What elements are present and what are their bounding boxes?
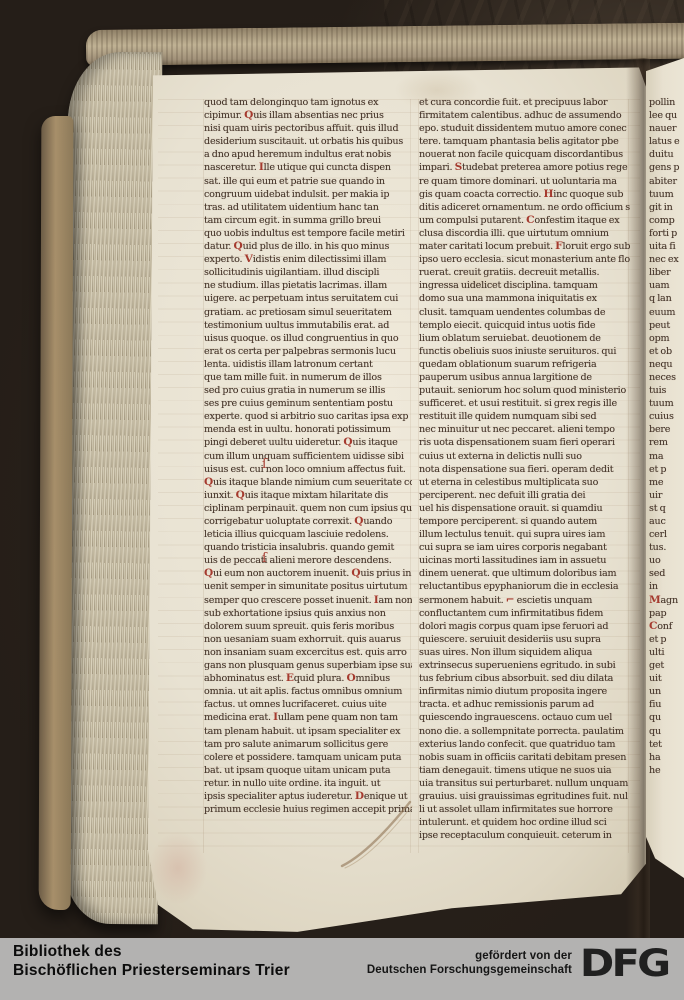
manuscript-line: git in <box>649 201 684 214</box>
manuscript-line: ses pre cuius geminum sententiam postu <box>204 397 412 410</box>
manuscript-line: non uesaniam suam exhorruit. quis auarus <box>204 633 412 646</box>
book-cover-edge <box>39 116 74 910</box>
manuscript-line: putauit. seniorum hoc solum quod ministe… <box>419 384 630 397</box>
manuscript-line: experte. quod si arbitrio suo caritas ip… <box>204 410 412 423</box>
manuscript-line: abhominatus est. Equid plura. Omnibus <box>204 672 412 685</box>
manuscript-line: exterius lando confecit. que quatriduo t… <box>419 738 630 751</box>
manuscript-line: ne studium. illas pietatis lacrimas. ill… <box>204 279 412 292</box>
manuscript-line: li ut assolet ullam infirmitates sue hor… <box>419 803 630 816</box>
manuscript-photo: quod tam delonginquo tam ignotus excipim… <box>0 0 684 938</box>
manuscript-line: abiter <box>649 175 684 188</box>
manuscript-line: tiam denegauit. timens utique ne suos ui… <box>419 764 630 777</box>
manuscript-line: tam plenam habuit. ut ipsam specialiter … <box>204 725 412 738</box>
manuscript-line: quiescendo ingrauescens. octauo cum uel <box>419 711 630 724</box>
manuscript-line: uir <box>649 489 684 502</box>
manuscript-line: tus. <box>649 541 684 554</box>
manuscript-line: Conf <box>649 620 684 633</box>
manuscript-line: sed <box>649 567 684 580</box>
manuscript-line: cum illum unquam sufficientem uidisse si… <box>204 450 412 463</box>
book-head-edge <box>86 23 684 66</box>
rubric-margin-mark: ſ <box>262 458 267 471</box>
manuscript-line: gratiam. ac pretiosam simul seueritatem <box>204 306 412 319</box>
column-b: et cura concordie fuit. et precipuus lab… <box>419 96 630 842</box>
manuscript-line: opm <box>649 332 684 345</box>
manuscript-line: tere. tamquam phantasia belis agitator p… <box>419 135 630 148</box>
manuscript-line: functis obeliuis suos iniuste seruituros… <box>419 345 630 358</box>
manuscript-line: sufficeret. et usui restituit. si grex r… <box>419 397 630 410</box>
manuscript-line: a dno apud heremum indultus erat nobis <box>204 148 412 161</box>
manuscript-line: tempore perciperent. si quando autem <box>419 515 630 528</box>
manuscript-line: bere <box>649 423 684 436</box>
manuscript-line: uo <box>649 554 684 567</box>
manuscript-line: Qui eum non auctorem inuenit. Quis prius… <box>204 567 412 580</box>
manuscript-line: que tam mille fuit. in numerum de illos <box>204 371 412 384</box>
manuscript-line: gens p <box>649 161 684 174</box>
manuscript-line: iunxit. Quis itaque mixtam hilaritate di… <box>204 489 412 502</box>
manuscript-line: et ob <box>649 345 684 358</box>
manuscript-line: quando tristicia insalubris. quando gemi… <box>204 541 412 554</box>
manuscript-line: dolori magis corpus quam ipse feruori ad <box>419 620 630 633</box>
manuscript-line: gans non plusquam genus superbiam ipse s… <box>204 659 412 672</box>
rubric-initial: H <box>543 188 553 200</box>
manuscript-line: cuius <box>649 410 684 423</box>
manuscript-line: quo uobis indultus est tempore facile me… <box>204 227 412 240</box>
manuscript-line: ciplinam perpinauit. quem non cum ipsius… <box>204 502 412 515</box>
rubric-initial: Q <box>354 515 363 527</box>
manuscript-line: auc <box>649 515 684 528</box>
rubric-initial: Q <box>236 489 245 501</box>
manuscript-line: infirmitas nimio diutum proposita ingere <box>419 685 630 698</box>
manuscript-line: ditis adiceret ornamentum. ne ordo offic… <box>419 201 630 214</box>
rubric-initial: E <box>286 672 294 684</box>
manuscript-line: ut eterna in celestibus multiplicata suo <box>419 476 630 489</box>
rubric-initial: Q <box>204 567 213 579</box>
rubric-initial: Q <box>204 476 213 488</box>
manuscript-line: fiu <box>649 698 684 711</box>
rubric-initial: C <box>649 620 657 632</box>
manuscript-line: experto. Vidistis enim dilectissimi illa… <box>204 253 412 266</box>
manuscript-line: nec ex <box>649 253 684 266</box>
manuscript-line: ma <box>649 450 684 463</box>
manuscript-line: quiescere. seruiuit desideriis usu supra <box>419 633 630 646</box>
rubric-initial: S <box>455 161 462 173</box>
manuscript-line: non insaniam suam excercitus est. quis a… <box>204 646 412 659</box>
rubric-initial: F <box>555 240 562 252</box>
manuscript-line: comp <box>649 214 684 227</box>
rubric-initial: O <box>347 672 356 684</box>
manuscript-line: extrinsecus superueniens egritudo. in su… <box>419 659 630 672</box>
manuscript-line: nouerat non facile quicquam discordantib… <box>419 148 630 161</box>
manuscript-line: nota dispensatione sua fieri. operam ded… <box>419 463 630 476</box>
manuscript-line: ingressa uidelicet disciplina. tamquam <box>419 279 630 292</box>
manuscript-line: nasceretur. Ille utique qui cuncta dispe… <box>204 161 412 174</box>
manuscript-line: quod tam delonginquo tam ignotus ex <box>204 96 412 109</box>
manuscript-line: congruum uidebat indulsit. per makia ip <box>204 188 412 201</box>
scratch-mark <box>330 790 430 880</box>
manuscript-line: tus febrium cibus absorbuit. sed diu dil… <box>419 672 630 685</box>
manuscript-line: perciperent. nec defuit illi gratia dei <box>419 489 630 502</box>
rubric-initial: Q <box>234 240 243 252</box>
manuscript-line: impari. Studebat preterea amore potius r… <box>419 161 630 174</box>
manuscript-line: pingi deberet uultu uideretur. Quis itaq… <box>204 436 412 449</box>
library-name: Bibliothek des Bischöflichen Priestersem… <box>13 942 290 980</box>
manuscript-line: qu <box>649 711 684 724</box>
caption-banner: Bibliothek des Bischöflichen Priestersem… <box>0 938 684 1000</box>
manuscript-line: uita fi <box>649 240 684 253</box>
manuscript-line: sollicitudinis uigilantiam. illud discip… <box>204 266 412 279</box>
manuscript-line: me <box>649 476 684 489</box>
dfg-logo: DFG <box>579 944 668 982</box>
manuscript-line: nauer <box>649 122 684 135</box>
manuscript-line: forti p <box>649 227 684 240</box>
manuscript-line: clusit. tamquam uendentes columbas de <box>419 306 630 319</box>
manuscript-line: tam pro salute animarum sollicitus gere <box>204 738 412 751</box>
funding-credit-line2: Deutschen Forschungsgemeinschaft <box>367 963 572 977</box>
manuscript-line: leticia illius quicquam lasciuie redolen… <box>204 528 412 541</box>
manuscript-line: rem <box>649 436 684 449</box>
manuscript-line: uisus est. cui non loco omnium affectus … <box>204 463 412 476</box>
manuscript-line: lium oblatum seruiebat. deuotionem de <box>419 332 630 345</box>
manuscript-line: ha <box>649 751 684 764</box>
manuscript-line: illum lectulus tenuit. qui supra uires i… <box>419 528 630 541</box>
manuscript-line: pap <box>649 607 684 620</box>
facing-column: pollinlee qunauerlatus eduitugens pabite… <box>649 96 684 777</box>
manuscript-line: templo eiecit. quicquid intus uotis fide <box>419 319 630 332</box>
library-name-line2: Bischöflichen Priesterseminars Trier <box>13 961 290 980</box>
manuscript-line: duitu <box>649 148 684 161</box>
book-page-stack <box>64 52 163 924</box>
manuscript-line: nono die. a sollempnitate porrecta. paul… <box>419 725 630 738</box>
manuscript-line: ruerat. creuit gratiis. decreuit metalli… <box>419 266 630 279</box>
manuscript-line: tuum <box>649 188 684 201</box>
manuscript-line: menda est in uultu. honorati potissimum <box>204 423 412 436</box>
manuscript-line: tuum <box>649 397 684 410</box>
manuscript-line: qu <box>649 725 684 738</box>
library-name-line1: Bibliothek des <box>13 942 290 961</box>
manuscript-line: ulti <box>649 646 684 659</box>
manuscript-line: uel his dispensatione orauit. si quamdiu <box>419 502 630 515</box>
manuscript-line: nequ <box>649 358 684 371</box>
manuscript-line: et p <box>649 633 684 646</box>
manuscript-line: corrigebatur uoluptate correxit. Quando <box>204 515 412 528</box>
manuscript-line: latus e <box>649 135 684 148</box>
manuscript-line: cipimur. Quis illam absentias nec prius <box>204 109 412 122</box>
manuscript-line: Quis itaque blande nimium cum seueritate… <box>204 476 412 489</box>
manuscript-line: uigere. ac perpetuam intus seruitatem cu… <box>204 292 412 305</box>
column-a: quod tam delonginquo tam ignotus excipim… <box>204 96 412 816</box>
manuscript-line: euum <box>649 306 684 319</box>
manuscript-line: nec minuitur ut nec peccaret. alieni tem… <box>419 423 630 436</box>
manuscript-line: uit <box>649 672 684 685</box>
rubric-initial: M <box>649 594 661 606</box>
manuscript-line: tam circum egit. in summa grillo breui <box>204 214 412 227</box>
manuscript-line: erat os certa per palpebras sermonis luc… <box>204 345 412 358</box>
funding-credit-line1: gefördert von der <box>367 949 572 963</box>
manuscript-line: q lan <box>649 292 684 305</box>
manuscript-line: re quam timore dominari. ut uoluntaria m… <box>419 175 630 188</box>
manuscript-line: retur. in nullo uite ordine. ita inguit.… <box>204 777 412 790</box>
manuscript-line: colere et possidere. tamquam unicam puta <box>204 751 412 764</box>
manuscript-line: lenta. uidistis illam latronum certant <box>204 358 412 371</box>
manuscript-line: nisi quam uiris pectoribus affuit. quis … <box>204 122 412 135</box>
manuscript-line: st q <box>649 502 684 515</box>
manuscript-line: liber <box>649 266 684 279</box>
manuscript-line: lee qu <box>649 109 684 122</box>
manuscript-line: semper quo crescere posset inuenit. Iam … <box>204 594 412 607</box>
manuscript-line: desiderium suscitauit. ut orbatis his qu… <box>204 135 412 148</box>
manuscript-line: ris uota dispensationem suam fieri opera… <box>419 436 630 449</box>
manuscript-line: sermonem habuit. ⌐ escietis unquam <box>419 594 630 607</box>
manuscript-line: pollin <box>649 96 684 109</box>
manuscript-line: Magn <box>649 594 684 607</box>
manuscript-line: sed pro cuius gratia in numerum se illis <box>204 384 412 397</box>
manuscript-line: peut <box>649 319 684 332</box>
manuscript-line: firmitatem calentibus. adhuc de assumend… <box>419 109 630 122</box>
manuscript-line: un <box>649 685 684 698</box>
manuscript-line: datur. Quid plus de illo. in his quo min… <box>204 240 412 253</box>
manuscript-line: uam <box>649 279 684 292</box>
manuscript-line: domo sua una mammona iniquitatis ex <box>419 292 630 305</box>
manuscript-line: grauius. uisi grauissimas egritudines fu… <box>419 790 630 803</box>
manuscript-line: tras. ad utilitatem uidentium hanc tan <box>204 201 412 214</box>
manuscript-line: um compulsi putarent. Confestim itaque e… <box>419 214 630 227</box>
manuscript-line: ipso uero ecclesia. sicut monasterium an… <box>419 253 630 266</box>
manuscript-line: ipse receptaculum conquieuit. ceterum in <box>419 829 630 842</box>
manuscript-line: cerl <box>649 528 684 541</box>
manuscript-line: he <box>649 764 684 777</box>
manuscript-line: restituit ille quidem numquam sibi sed <box>419 410 630 423</box>
rubric-initial: V <box>245 253 253 265</box>
manuscript-line: reluctantibus epyphaniorum die in eccles… <box>419 580 630 593</box>
manuscript-line: factus. ut omnes lucrifaceret. cuius uit… <box>204 698 412 711</box>
manuscript-line: et cura concordie fuit. et precipuus lab… <box>419 96 630 109</box>
manuscript-line: omnia. ut ait aplis. factus omnibus omni… <box>204 685 412 698</box>
manuscript-line: medicina erat. Iullam pene quam non tam <box>204 711 412 724</box>
manuscript-line: clusa discordia illi. que uirtutum omniu… <box>419 227 630 240</box>
manuscript-line: uisus quoque. os illud congruentius in q… <box>204 332 412 345</box>
manuscript-line: get <box>649 659 684 672</box>
manuscript-line: tet <box>649 738 684 751</box>
manuscript-line: epo. studuit dissidentem mutuo amore con… <box>419 122 630 135</box>
manuscript-line: dinem uenerat. que ultimum doloribus iam <box>419 567 630 580</box>
manuscript-line: intulerunt. et quidem hoc ordine illud s… <box>419 816 630 829</box>
manuscript-line: cuius ut externa in delictis nulli suo <box>419 450 630 463</box>
manuscript-line: pauperum usibus annua largitione de <box>419 371 630 384</box>
rubric-margin-mark: ſ <box>262 552 267 565</box>
manuscript-line: uis de peccati alieni merore descendens. <box>204 554 412 567</box>
manuscript-line: tracta. et adhuc remissionis parum ad <box>419 698 630 711</box>
manuscript-line: neces <box>649 371 684 384</box>
manuscript-line: sat. ille qui eum et patrie sue quando i… <box>204 175 412 188</box>
manuscript-line: et p <box>649 463 684 476</box>
manuscript-line: uicinas morti lassitudines iam in assuet… <box>419 554 630 567</box>
manuscript-line: in <box>649 580 684 593</box>
manuscript-line: dolorem suum spreuit. quis feris moribus <box>204 620 412 633</box>
manuscript-line: nobis suam in officiis caritati debitam … <box>419 751 630 764</box>
manuscript-line: suas uires. Non illum siquidem aliqua <box>419 646 630 659</box>
funding-credit: gefördert von der Deutschen Forschungsge… <box>367 949 572 977</box>
manuscript-line: tuis <box>649 384 684 397</box>
manuscript-line: uia transitus sui perturbaret. nullum un… <box>419 777 630 790</box>
manuscript-line: bat. ut ipsam quoque uitam unicam puta <box>204 764 412 777</box>
manuscript-line: mater caritati locum prebuit. Floruit er… <box>419 240 630 253</box>
manuscript-line: testimonium uultus immutabilis erat. ad <box>204 319 412 332</box>
rubric-initial: Q <box>244 109 253 121</box>
manuscript-line: confluctantem cum infirmitatibus fidem <box>419 607 630 620</box>
manuscript-line: gis quam coacta correctio. Hinc quoque s… <box>419 188 630 201</box>
manuscript-line: uenit semper in simunitate positus uirtu… <box>204 580 412 593</box>
manuscript-line: sub exhortatione ipsius quis anxius non <box>204 607 412 620</box>
manuscript-line: quedam oblationum suarum refrigeria <box>419 358 630 371</box>
manuscript-line: cui supra se iam uires corporis negabant <box>419 541 630 554</box>
